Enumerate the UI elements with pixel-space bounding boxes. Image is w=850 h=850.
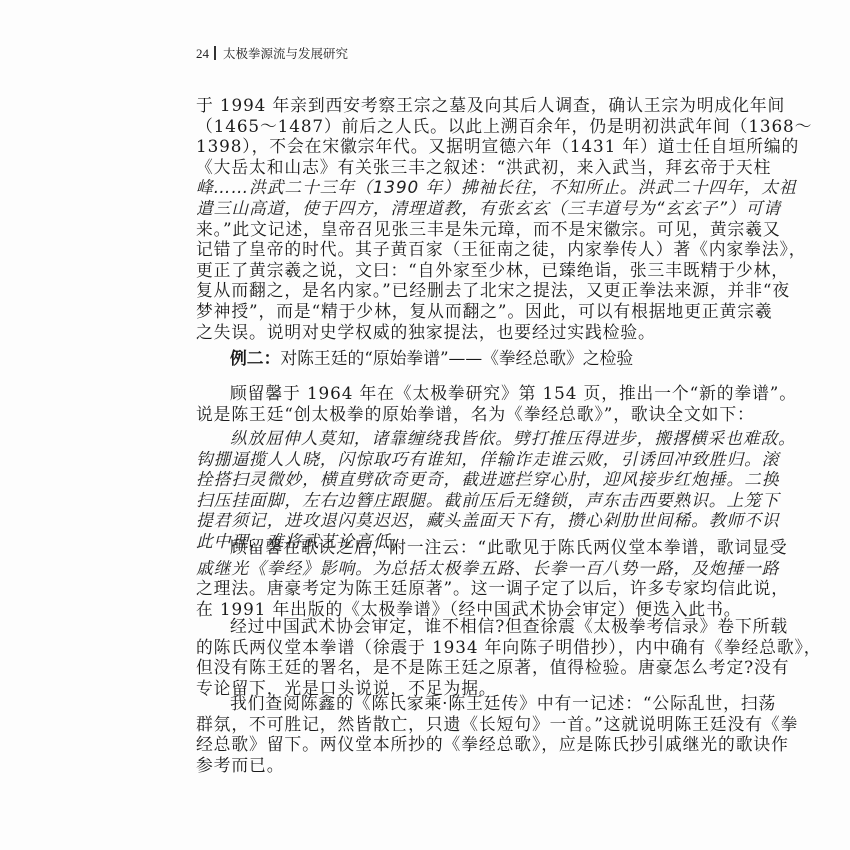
text-line: 之理法。唐豪考定为陈王廷原著”。这一调子定了以后，许多专家均信此说， [196,578,654,599]
text-line: 记错了皇帝的时代。其子黄百家（王征南之徒，内家拳传人）著《内家拳法》， [196,239,654,260]
text-line: 群氛，不可胜记，然皆散亡，只遗《长短句》一首。”这就说明陈王廷没有《拳 [196,714,654,735]
text-line: 拴搭扫灵微妙，横直劈砍奇更奇，截进遮拦穿心肘，迎风接步红炮捶。二换 [196,469,654,490]
text-line: 说是陈王廷“创太极拳的原始拳谱，名为《拳经总歌》”，歌诀全文如下： [196,404,654,425]
text-line: 参考而已。 [196,755,654,776]
paragraph-3: 顾留馨在歌诀之后，附一注云：“此歌见于陈氏两仪堂本拳谱，歌词显受 戚继光《拳经》… [196,537,654,619]
text-line: 经过中国武术协会审定，谁不相信?但查徐震《太极拳考信录》卷下所载 [196,616,654,637]
text-line: 经总歌》留下。两仪堂本所抄的《拳经总歌》，应是陈氏抄引戚继光的歌诀作 [196,734,654,755]
text-line: 梦神授”，而是“精于少林，复从而翻之”。因此，可以有根据地更正黄宗羲 [196,301,654,322]
text-line: 复从而翻之，是名内家。”已经删去了北宋之提法，又更正拳法来源，并非“夜 [196,280,654,301]
text-line: 钩掤逼揽人人晓，闪惊取巧有谁知，佯输诈走谁云败，引诱回冲致胜归。滚 [196,449,654,470]
text-line: 之失误。说明对史学权威的独家提法，也要经过实践检验。 [196,322,654,343]
running-header: 24太极拳源流与发展研究 [196,44,348,62]
text-line: 的陈氏两仪堂本拳谱（徐震于 1934 年向陈子明借抄），内中确有《拳经总歌》， [196,637,654,658]
text-line: 但没有陈王廷的署名，是不是陈王廷之原著，值得检验。唐豪怎么考定?没有 [196,657,654,678]
page-number: 24 [196,46,209,61]
text-line: 遣三山高道，使于四方，清理道教，有张玄玄（三丰道号为“玄玄子”）可请 [196,198,654,219]
header-divider [214,46,216,60]
text-line: 峰……洪武二十三年（1390 年）拂袖长往，不知所止。洪武二十四年，太祖 [196,177,654,198]
text-line: 更正了黄宗羲之说，文曰：“自外家至少林，已臻绝诣，张三丰既精于少林， [196,260,654,281]
text-line: 1398），不会在宋徽宗年代。又据明宣德六年（1431 年）道士任自垣所编的 [196,136,654,157]
section-title: 对陈王廷的“原始拳谱”——《拳经总歌》之检验 [280,348,633,368]
text-line: 扫压挂面脚，左右边簪庄跟腿。截前压后无缝锁，声东击西要熟识。上笼下 [196,490,654,511]
text-line: 顾留馨于 1964 年在《太极拳研究》第 154 页，推出一个“新的拳谱”。 [196,383,654,404]
text-line: （1465～1487）前后之人氏。以此上溯百余年，仍是明初洪武年间（1368～ [196,116,654,137]
paragraph-4: 经过中国武术协会审定，谁不相信?但查徐震《太极拳考信录》卷下所载 的陈氏两仪堂本… [196,616,654,698]
paragraph-2: 顾留馨于 1964 年在《太极拳研究》第 154 页，推出一个“新的拳谱”。 说… [196,383,654,424]
text-line: 顾留馨在歌诀之后，附一注云：“此歌见于陈氏两仪堂本拳谱，歌词显受 [196,537,654,558]
text-line: 提君须记，进攻退闪莫迟迟，藏头盖面天下有，攒心剁肋世间稀。教师不识 [196,510,654,531]
paragraph-1: 于 1994 年亲到西安考察王宗之墓及向其后人调查，确认王宗为明成化年间 （14… [196,95,654,342]
book-page: 24太极拳源流与发展研究 于 1994 年亲到西安考察王宗之墓及向其后人调查，确… [0,0,850,850]
paragraph-5: 我们查阅陈鑫的《陈氏家乘·陈王廷传》中有一记述：“公际乱世，扫荡 群氛，不可胜记… [196,693,654,775]
text-line: 来。”此文记述，皇帝召见张三丰是朱元璋，而不是宋徽宗。可见，黄宗羲又 [196,219,654,240]
text-line: 戚继光《拳经》影响。为总括太极拳五路、长拳一百八势一路，及炮捶一路 [196,558,654,579]
example-label: 例二： [230,348,280,368]
book-title: 太极拳源流与发展研究 [223,46,348,61]
quoted-song: 纵放屈伸人莫知，诸靠缠绕我皆依。劈打推压得进步，搬撂横采也难敌。 钩掤逼揽人人晓… [196,428,654,552]
text-line: 于 1994 年亲到西安考察王宗之墓及向其后人调查，确认王宗为明成化年间 [196,95,654,116]
text-line: 纵放屈伸人莫知，诸靠缠绕我皆依。劈打推压得进步，搬撂横采也难敌。 [196,428,654,449]
section-heading: 例二：对陈王廷的“原始拳谱”——《拳经总歌》之检验 [196,348,688,369]
text-line: 我们查阅陈鑫的《陈氏家乘·陈王廷传》中有一记述：“公际乱世，扫荡 [196,693,654,714]
text-line: 《大岳太和山志》有关张三丰之叙述：“洪武初，来入武当，拜玄帝于天柱 [196,157,654,178]
